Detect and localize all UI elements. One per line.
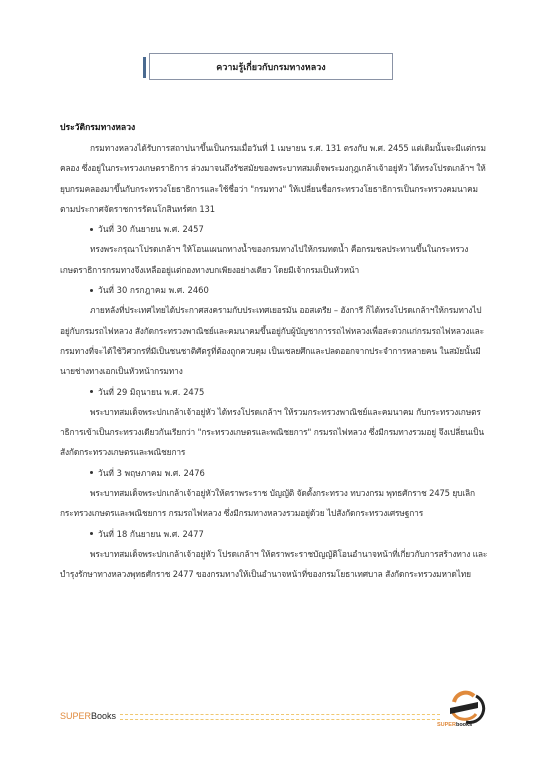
footer-brand-books: Books (91, 711, 116, 721)
bullet-icon (90, 228, 93, 231)
timeline-text: พระบาทสมเด็จพระปกเกล้าเจ้าอยู่หัว โปรดเก… (60, 544, 490, 585)
timeline-text: พระบาทสมเด็จพระปกเกล้าเจ้าอยู่หัว ได้ทรง… (60, 402, 490, 463)
logo-super: SUPER (437, 722, 456, 728)
timeline-date-label: วันที่ 30 กรกฎาคม พ.ศ. 2460 (98, 280, 209, 300)
document-body: ประวัติกรมทางหลวง กรมทางหลวงได้รับการสถา… (60, 118, 490, 585)
timeline-date-label: วันที่ 29 มิถุนายน พ.ศ. 2475 (98, 382, 204, 402)
bullet-icon (90, 390, 93, 393)
footer-brand-super: SUPER (60, 711, 91, 721)
timeline-text: ภายหลังที่ประเทศไทยได้ประกาศสงครามกับประ… (60, 300, 490, 381)
timeline-date-label: วันที่ 30 กันยายน พ.ศ. 2457 (98, 219, 204, 239)
timeline-date: วันที่ 30 กันยายน พ.ศ. 2457 (60, 219, 490, 239)
timeline-text: ทรงพระกรุณาโปรดเกล้าฯ ให้โอนแผนกทางน้ำขอ… (60, 239, 490, 280)
title-box: ความรู้เกี่ยวกับกรมทางหลวง (143, 53, 395, 80)
title-accent-bar (143, 57, 146, 78)
intro-paragraph: กรมทางหลวงได้รับการสถาปนาขึ้นเป็นกรมเมื่… (60, 138, 490, 219)
bullet-icon (90, 471, 93, 474)
logo-books: books (456, 722, 472, 728)
footer: SUPERBooks (60, 709, 440, 723)
section-heading: ประวัติกรมทางหลวง (60, 118, 490, 138)
page-title: ความรู้เกี่ยวกับกรมทางหลวง (149, 53, 393, 80)
timeline-date: วันที่ 18 กันยายน พ.ศ. 2477 (60, 524, 490, 544)
timeline-date: วันที่ 3 พฤษภาคม พ.ศ. 2476 (60, 463, 490, 483)
bullet-icon (90, 532, 93, 535)
timeline-date-label: วันที่ 3 พฤษภาคม พ.ศ. 2476 (98, 463, 205, 483)
timeline-date: วันที่ 29 มิถุนายน พ.ศ. 2475 (60, 382, 490, 402)
bullet-icon (90, 289, 93, 292)
timeline-date: วันที่ 30 กรกฎาคม พ.ศ. 2460 (60, 280, 490, 300)
logo-wordmark: SUPERbooks (437, 722, 472, 728)
timeline-date-label: วันที่ 18 กันยายน พ.ศ. 2477 (98, 524, 204, 544)
footer-divider (120, 714, 440, 720)
timeline-text: พระบาทสมเด็จพระปกเกล้าเจ้าอยู่หัวให้ตราพ… (60, 483, 490, 524)
